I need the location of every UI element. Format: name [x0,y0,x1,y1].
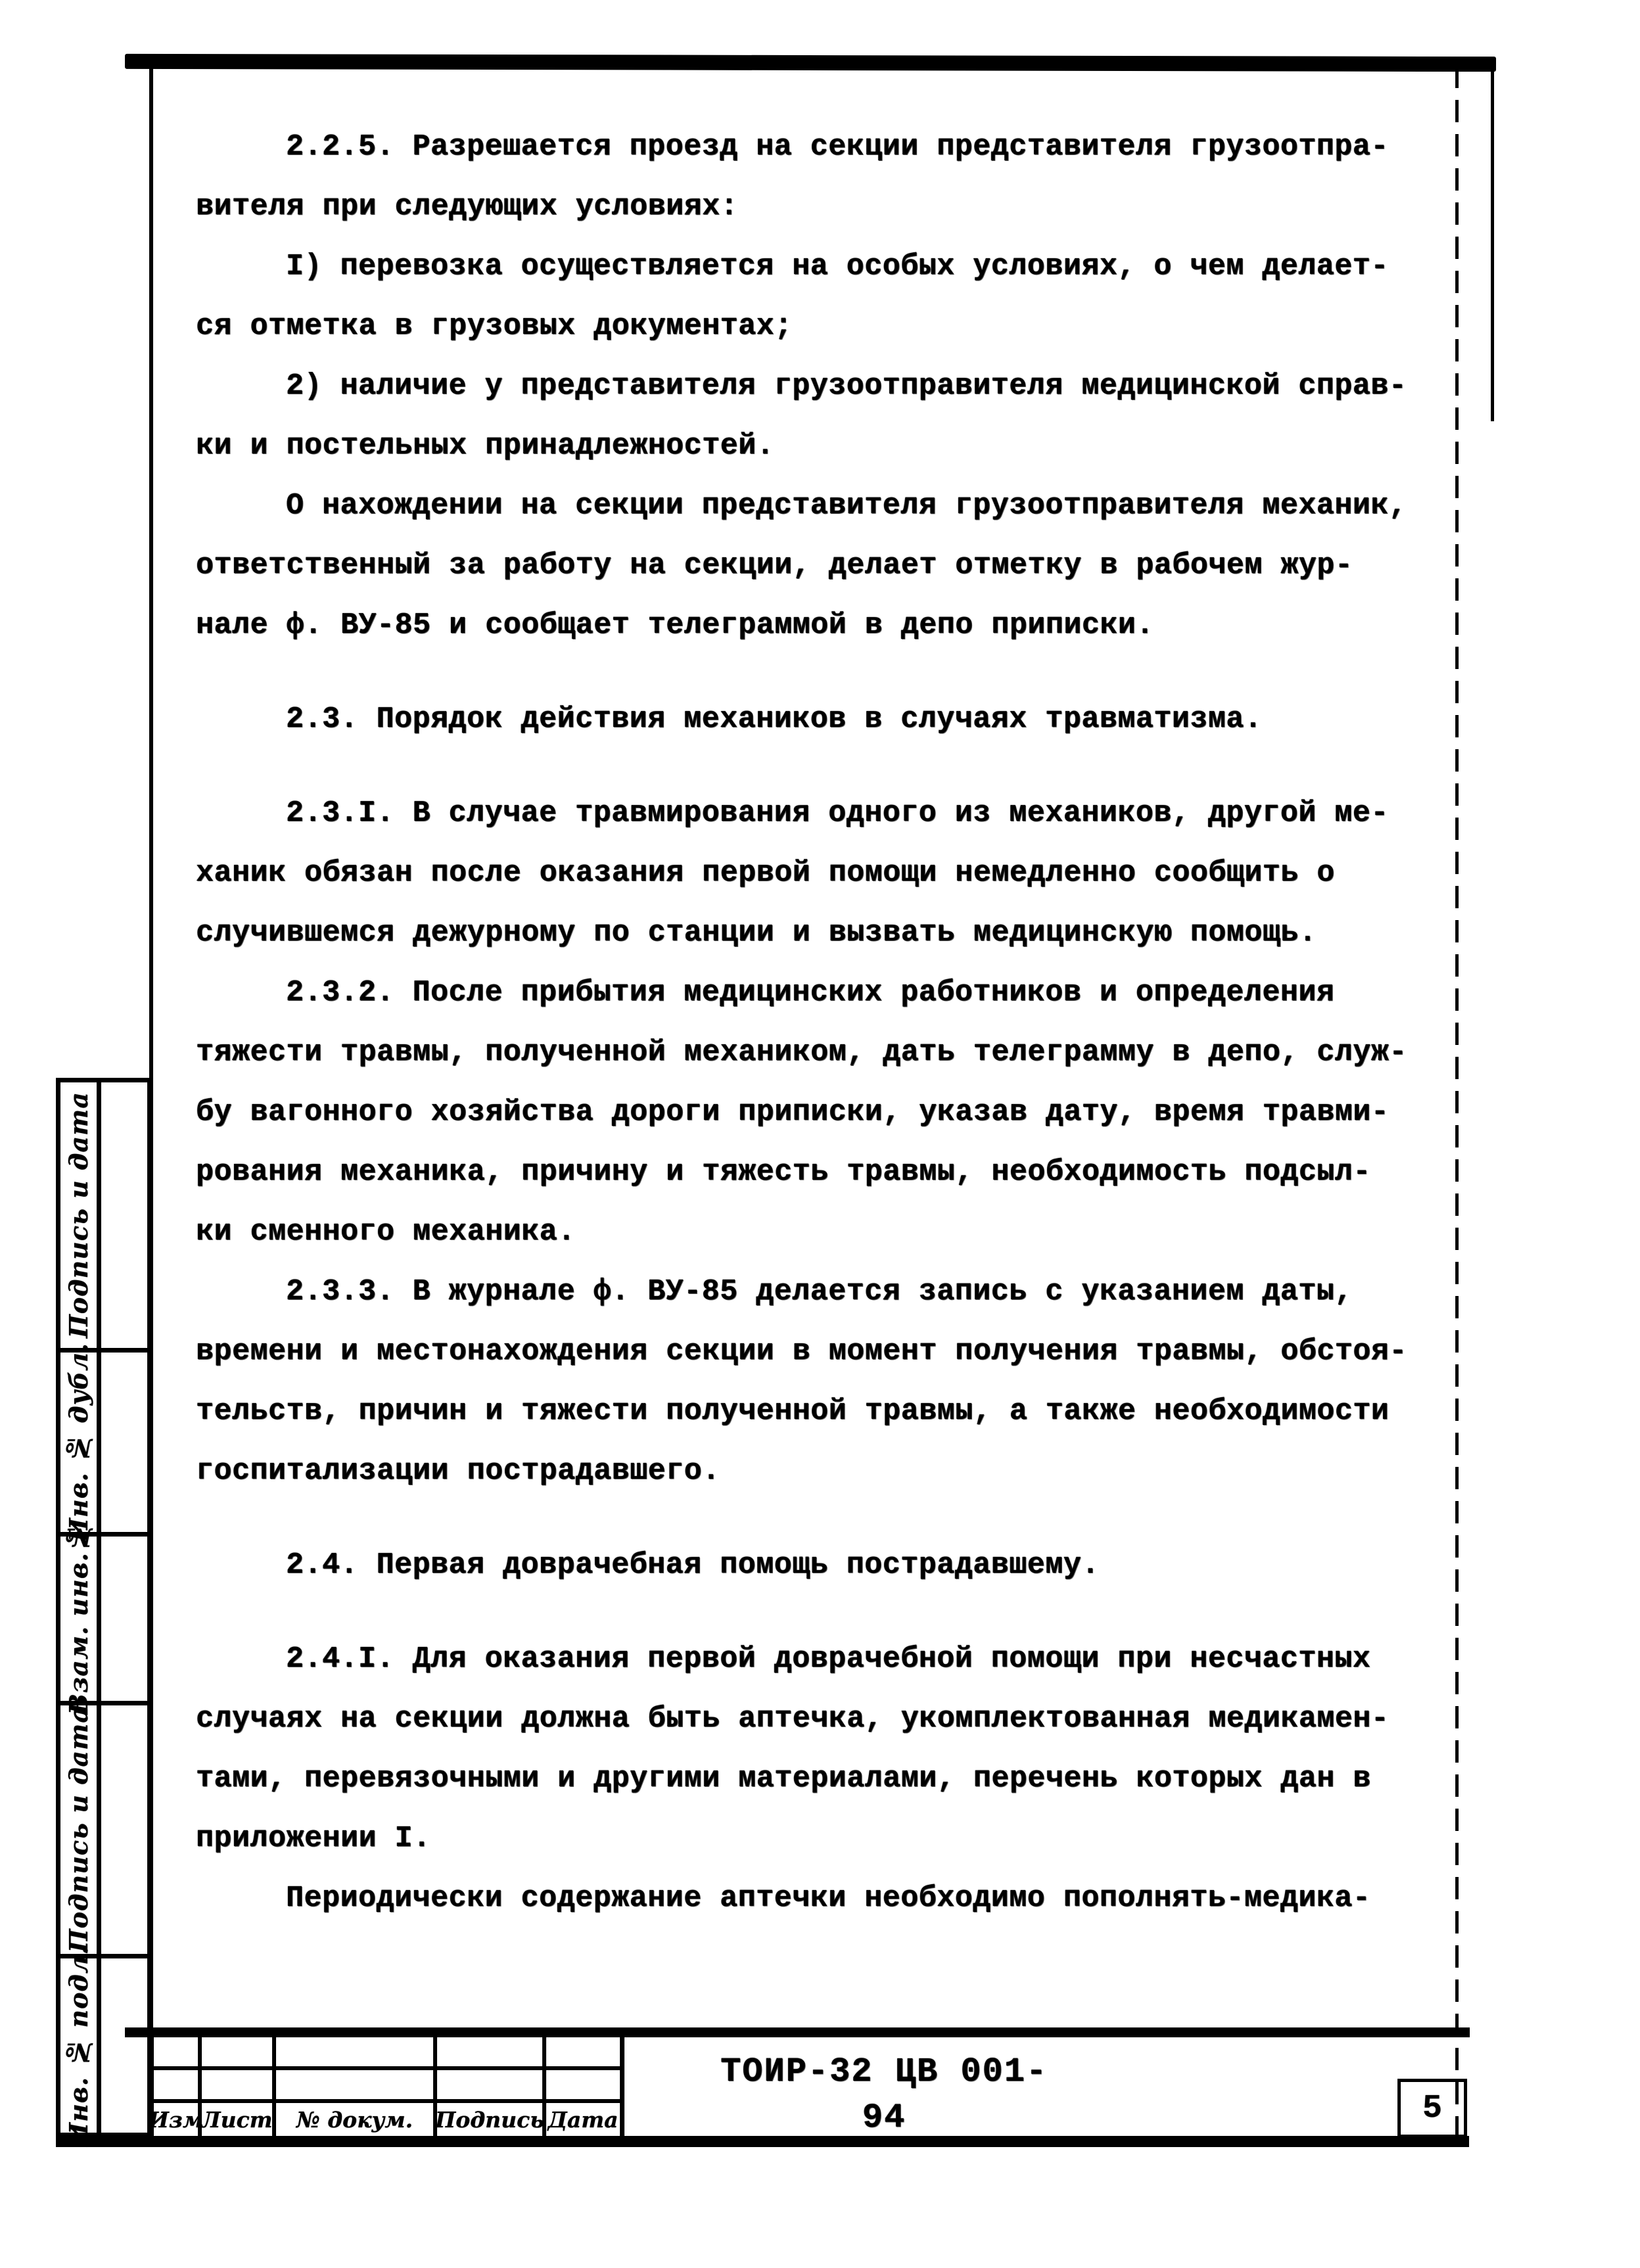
revision-column-label: Лист [202,2107,273,2133]
revision-column-label: Изм [154,2107,202,2133]
sidebar-label-column: Инв. № дубл. [60,1353,101,1532]
typewritten-line: рования механика, причину и тяжесть трав… [196,1142,1418,1202]
document-number: ТОИР-32 ЦВ 001-94 [710,2049,1058,2095]
typewritten-text-block: 2.2.5. Разрешается проезд на секции пред… [196,117,1418,1928]
typewritten-line: тяжести травмы, полученной механиком, да… [196,1023,1418,1082]
revision-column-header: Лист [202,2103,276,2136]
revision-column-header: Изм [154,2103,202,2136]
typewritten-line: приложении I. [196,1809,1418,1868]
typewritten-line: 2.3.3. В журнале ф. ВУ-85 делается запис… [196,1262,1418,1322]
typewritten-line: ки сменного механика. [196,1202,1418,1262]
frame-right-dashed-border [1455,66,1459,2137]
revision-empty-cell [154,2037,202,2070]
typewritten-line: ханик обязан после оказания первой помощ… [196,843,1418,903]
revision-empty-cell [546,2070,620,2103]
typewritten-line: ся отметка в грузовых документах; [196,296,1418,356]
typewritten-line: Периодически содержание аптечки необходи… [196,1868,1418,1928]
title-block-top-line [125,2027,1470,2037]
revision-empty-cell [276,2070,437,2103]
revision-empty-cell [154,2070,202,2103]
sidebar-cell: Подпись и дата [56,1701,152,1958]
typewritten-line: ки и постельных принадлежностей. [196,416,1418,476]
typewritten-line: госпитализации пострадавшего. [196,1441,1418,1501]
sidebar-label-column: Взам. инв.№ [60,1537,101,1701]
page-edge-line [1491,63,1494,421]
typewritten-line: 2.3.I. В случае травмирования одного из … [196,783,1418,843]
revision-empty-cell [437,2037,546,2070]
sidebar-cell-label: Взам. инв.№ [64,1522,93,1715]
revision-column-header: № докум. [276,2103,437,2136]
sheet-number: 5 [1422,2090,1442,2127]
typewritten-line: I) перевозка осуществляется на особых ус… [196,237,1418,296]
sidebar-cell-label: Инв. № дубл. [64,1343,93,1542]
typewritten-line: тами, перевязочными и другими материалам… [196,1749,1418,1809]
scanned-document-page: 2.2.5. Разрешается проезд на секции пред… [0,0,1640,2268]
revision-column-label: Подпись [437,2107,544,2133]
sidebar-label-column: Инв. № подл. [60,1958,101,2133]
typewritten-line: случаях на секции должна быть аптечка, у… [196,1689,1418,1749]
frame-bottom-border [56,2136,1469,2147]
typewritten-line: вителя при следующих условиях: [196,177,1418,237]
typewritten-line: О нахождении на секции представителя гру… [196,476,1418,536]
drawing-frame-sidebar: Подпись и датаИнв. № дубл.Взам. инв.№Под… [56,1078,152,2137]
typewritten-line: 2.3. Порядок действия механиков в случая… [196,689,1418,749]
sidebar-label-column: Подпись и дата [60,1082,101,1348]
revision-empty-cell [202,2037,276,2070]
revision-column-header: Подпись [437,2103,546,2136]
typewritten-line: бу вагонного хозяйства дороги приписки, … [196,1082,1418,1142]
sidebar-cell-label: Инв. № подл. [64,1945,93,2146]
revision-empty-cell [202,2070,276,2103]
typewritten-line: 2.2.5. Разрешается проезд на секции пред… [196,117,1418,177]
typewritten-line: 2.4. Первая доврачебная помощь пострадав… [196,1535,1418,1595]
sidebar-cell: Подпись и дата [56,1078,152,1353]
typewritten-line: случившемся дежурному по станции и вызва… [196,903,1418,963]
revision-empty-cell [437,2070,546,2103]
sidebar-cell: Инв. № дубл. [56,1348,152,1537]
sidebar-cell-label: Подпись и дата [64,1706,93,1953]
typewritten-line: 2) наличие у представителя грузоотправит… [196,356,1418,416]
revision-empty-cell [546,2037,620,2070]
sheet-number-box: 5 [1397,2079,1467,2138]
typewritten-line: тельств, причин и тяжести полученной тра… [196,1381,1418,1441]
typewritten-line: 2.3.2. После прибытия медицинских работн… [196,963,1418,1023]
sidebar-label-column: Подпись и дата [60,1705,101,1954]
frame-top-border [125,54,1496,72]
revision-column-header: Дата [546,2103,620,2136]
sidebar-cell-label: Подпись и дата [64,1092,93,1338]
revision-empty-cell [276,2037,437,2070]
sidebar-cell: Взам. инв.№ [56,1532,152,1705]
typewritten-line: ответственный за работу на секции, делае… [196,536,1418,595]
revision-column-label: Дата [548,2107,618,2133]
sidebar-cell: Инв. № подл. [56,1954,152,2137]
typewritten-line: времени и местонахождения секции в момен… [196,1322,1418,1381]
typewritten-line: нале ф. ВУ-85 и сообщает телеграммой в д… [196,595,1418,655]
typewritten-line: 2.4.I. Для оказания первой доврачебной п… [196,1629,1418,1689]
revision-column-label: № докум. [296,2107,413,2133]
revision-table: ИзмЛист№ докум.ПодписьДата [149,2037,624,2136]
